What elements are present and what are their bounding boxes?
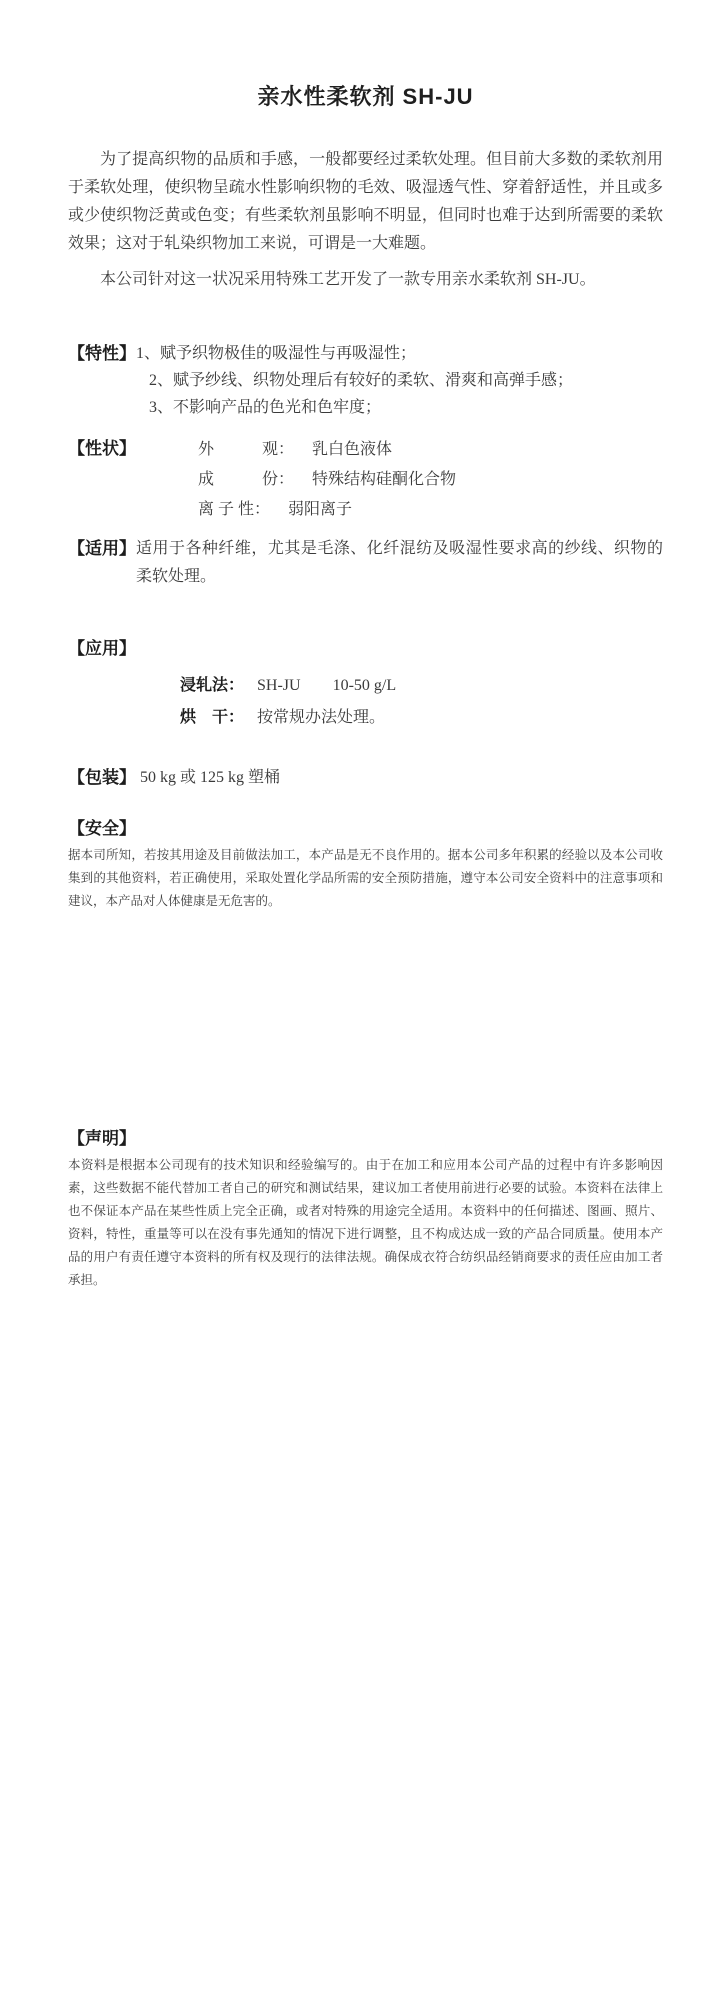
section-packing-label: 【包装】 xyxy=(68,764,136,791)
section-safety-text: 据本司所知，若按其用途及目前做法加工，本产品是无不良作用的。据本公司多年积累的经… xyxy=(68,844,663,913)
section-statement-label: 【声明】 xyxy=(68,1125,663,1152)
application-rows: 浸轧法： SH-JU 10-50 g/L 烘 干： 按常规办法处理。 xyxy=(68,670,663,734)
property-key: 离 子 性： xyxy=(198,501,270,518)
intro-paragraph-1: 为了提高织物的品质和手感，一般都要经过柔软处理。但目前大多数的柔软剂用于柔软处理… xyxy=(68,146,663,258)
section-application: 【应用】 xyxy=(68,635,663,662)
application-drying-value: 按常规办法处理。 xyxy=(257,709,385,726)
section-statement: 【声明】 本资料是根据本公司现有的技术知识和经验编写的。由于在加工和应用本公司产… xyxy=(68,1125,663,1292)
feature-item: 1、赋予织物极佳的吸湿性与再吸湿性； xyxy=(136,340,663,367)
property-value: 乳白色液体 xyxy=(312,441,392,458)
application-row-padding: 浸轧法： SH-JU 10-50 g/L xyxy=(180,670,663,702)
section-safety: 【安全】 据本司所知，若按其用途及目前做法加工，本产品是无不良作用的。据本公司多… xyxy=(68,815,663,913)
property-value: 特殊结构硅酮化合物 xyxy=(312,471,456,488)
section-features-label: 【特性】 xyxy=(68,340,136,367)
property-key: 外 观： xyxy=(198,441,294,458)
section-statement-text: 本资料是根据本公司现有的技术知识和经验编写的。由于在加工和应用本公司产品的过程中… xyxy=(68,1154,663,1292)
page-title: 亲水性柔软剂 SH-JU xyxy=(68,82,663,112)
property-row-composition: 成 份： 特殊结构硅酮化合物 xyxy=(198,465,663,495)
section-applicable-label: 【适用】 xyxy=(68,535,136,562)
section-features-body: 1、赋予织物极佳的吸湿性与再吸湿性； 2、赋予纱线、织物处理后有较好的柔软、滑爽… xyxy=(136,340,663,421)
section-features: 【特性】 1、赋予织物极佳的吸湿性与再吸湿性； 2、赋予纱线、织物处理后有较好的… xyxy=(68,340,663,421)
application-drying-key: 烘 干： xyxy=(180,702,253,734)
feature-item: 2、赋予纱线、织物处理后有较好的柔软、滑爽和高弹手感； xyxy=(136,367,663,394)
application-row-drying: 烘 干： 按常规办法处理。 xyxy=(180,702,663,734)
application-method-key: 浸轧法： xyxy=(180,670,253,702)
section-safety-label: 【安全】 xyxy=(68,815,663,842)
property-row-appearance: 外 观： 乳白色液体 xyxy=(198,435,663,465)
section-packing-text: 50 kg 或 125 kg 塑桶 xyxy=(136,764,663,791)
application-dosage: 10-50 g/L xyxy=(333,677,397,694)
document-page: 亲水性柔软剂 SH-JU 为了提高织物的品质和手感，一般都要经过柔软处理。但目前… xyxy=(0,0,725,1292)
property-value: 弱阳离子 xyxy=(288,501,352,518)
section-packing: 【包装】 50 kg 或 125 kg 塑桶 xyxy=(68,764,663,791)
section-applicable-text: 适用于各种纤维，尤其是毛涤、化纤混纺及吸湿性要求高的纱线、织物的柔软处理。 xyxy=(136,535,663,591)
section-properties-body: 外 观： 乳白色液体 成 份： 特殊结构硅酮化合物 离 子 性： 弱阳离子 xyxy=(136,435,663,525)
application-product: SH-JU xyxy=(257,677,301,694)
property-row-ionicity: 离 子 性： 弱阳离子 xyxy=(198,495,663,525)
intro-paragraph-2: 本公司针对这一状况采用特殊工艺开发了一款专用亲水柔软剂 SH-JU。 xyxy=(68,266,663,294)
feature-item: 3、不影响产品的色光和色牢度； xyxy=(136,394,663,421)
section-properties-label: 【性状】 xyxy=(68,435,136,462)
section-properties: 【性状】 外 观： 乳白色液体 成 份： 特殊结构硅酮化合物 离 子 性： 弱阳… xyxy=(68,435,663,525)
property-key: 成 份： xyxy=(198,471,294,488)
section-applicable: 【适用】 适用于各种纤维，尤其是毛涤、化纤混纺及吸湿性要求高的纱线、织物的柔软处… xyxy=(68,535,663,591)
section-application-label: 【应用】 xyxy=(68,635,136,662)
